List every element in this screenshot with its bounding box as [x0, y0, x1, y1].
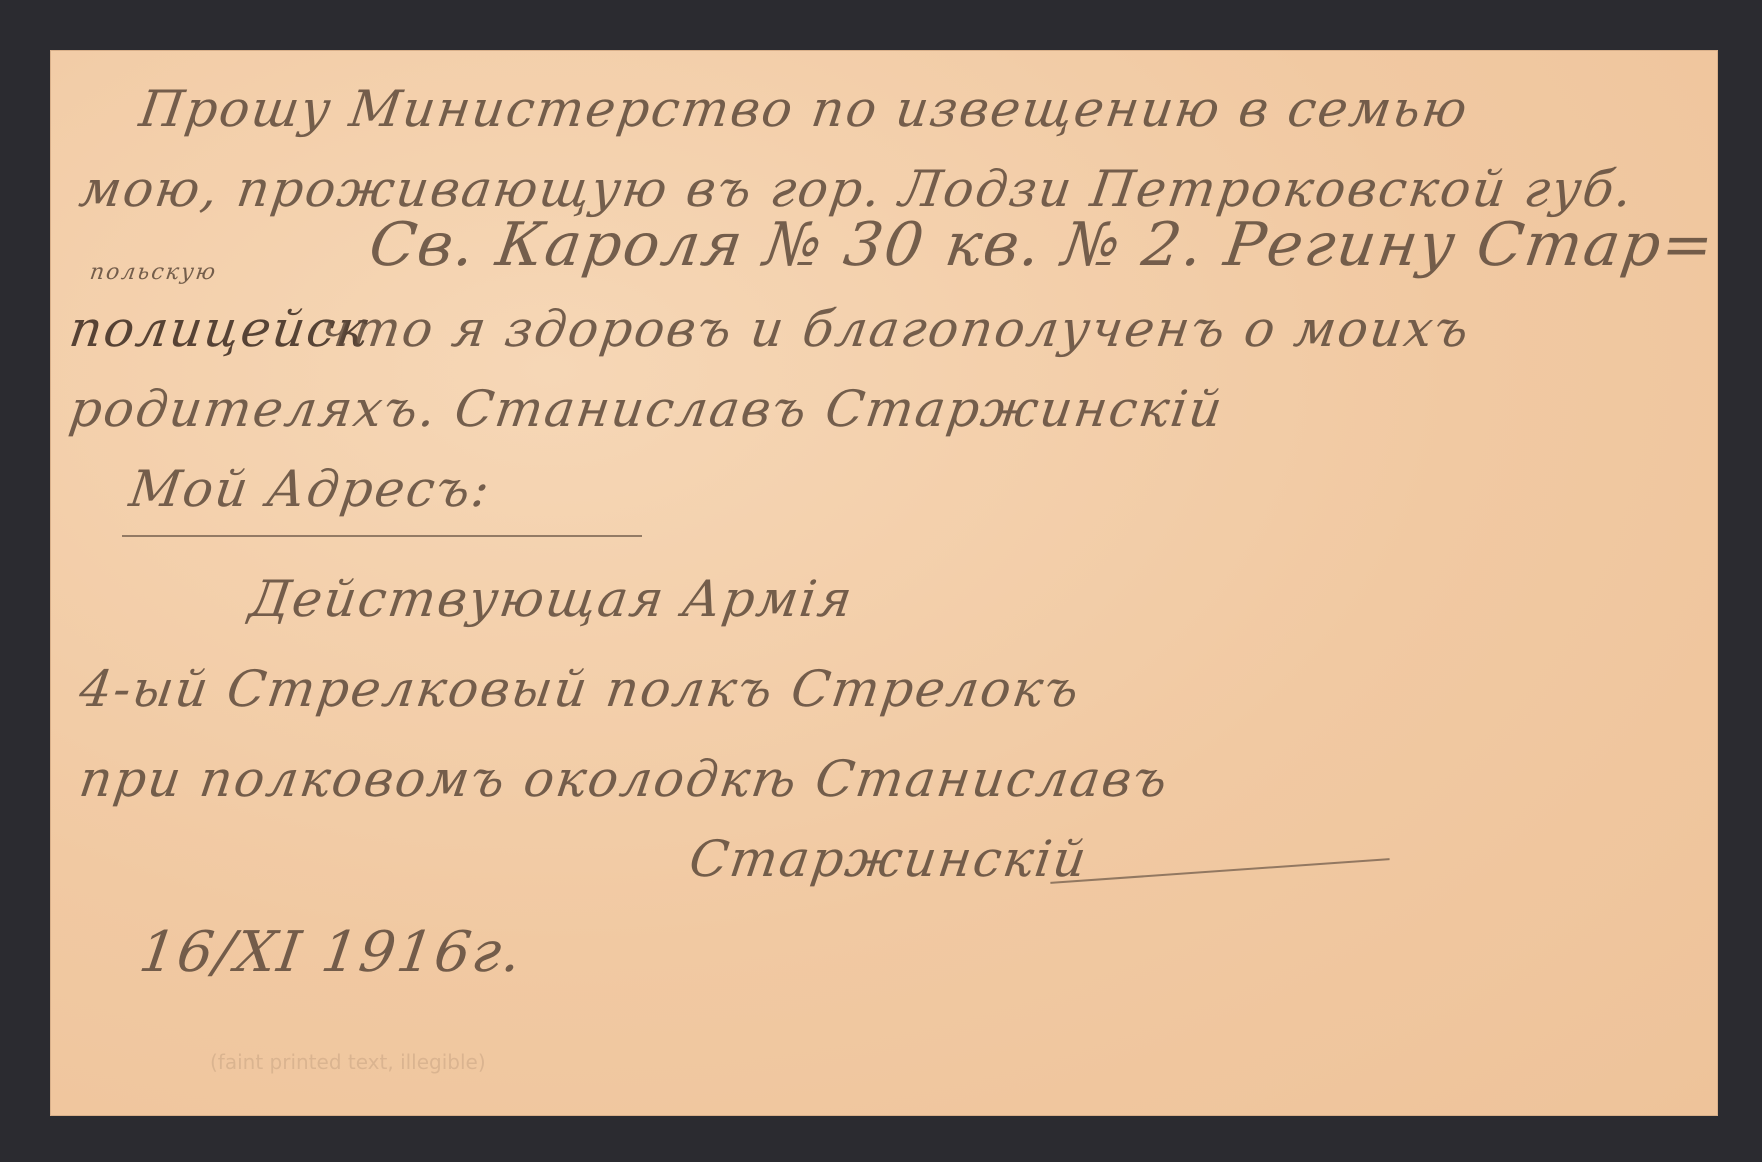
- handwriting-line-4: что я здоровъ и благополученъ о моихъ: [316, 300, 1474, 358]
- insertion-above: польскую: [88, 260, 219, 285]
- signature: Старжинскій: [686, 830, 1092, 888]
- signature-flourish: [1050, 858, 1389, 884]
- handwriting-line-3: Св. Кароля № 30 кв. № 2. Регину Стар=: [365, 210, 1719, 280]
- handwriting-line-5: родителяхъ. Станиславъ Старжинскій: [66, 380, 1228, 438]
- address-line-3: при полковомъ околодкѣ Станиславъ: [76, 750, 1173, 808]
- date: 16/XI 1916г.: [135, 920, 527, 985]
- heading-underline: [122, 535, 642, 537]
- printed-footer: (faint printed text, illegible): [210, 1050, 486, 1074]
- handwriting-line-1: Прошу Министерство по извещению в семью: [136, 80, 1473, 138]
- address-heading: Мой Адресъ:: [126, 460, 495, 518]
- address-line-1: Действующая Армія: [246, 570, 857, 628]
- postcard: Прошу Министерство по извещению в семью …: [50, 50, 1718, 1116]
- address-line-2: 4-ый Стрелковый полкъ Стрелокъ: [76, 660, 1084, 718]
